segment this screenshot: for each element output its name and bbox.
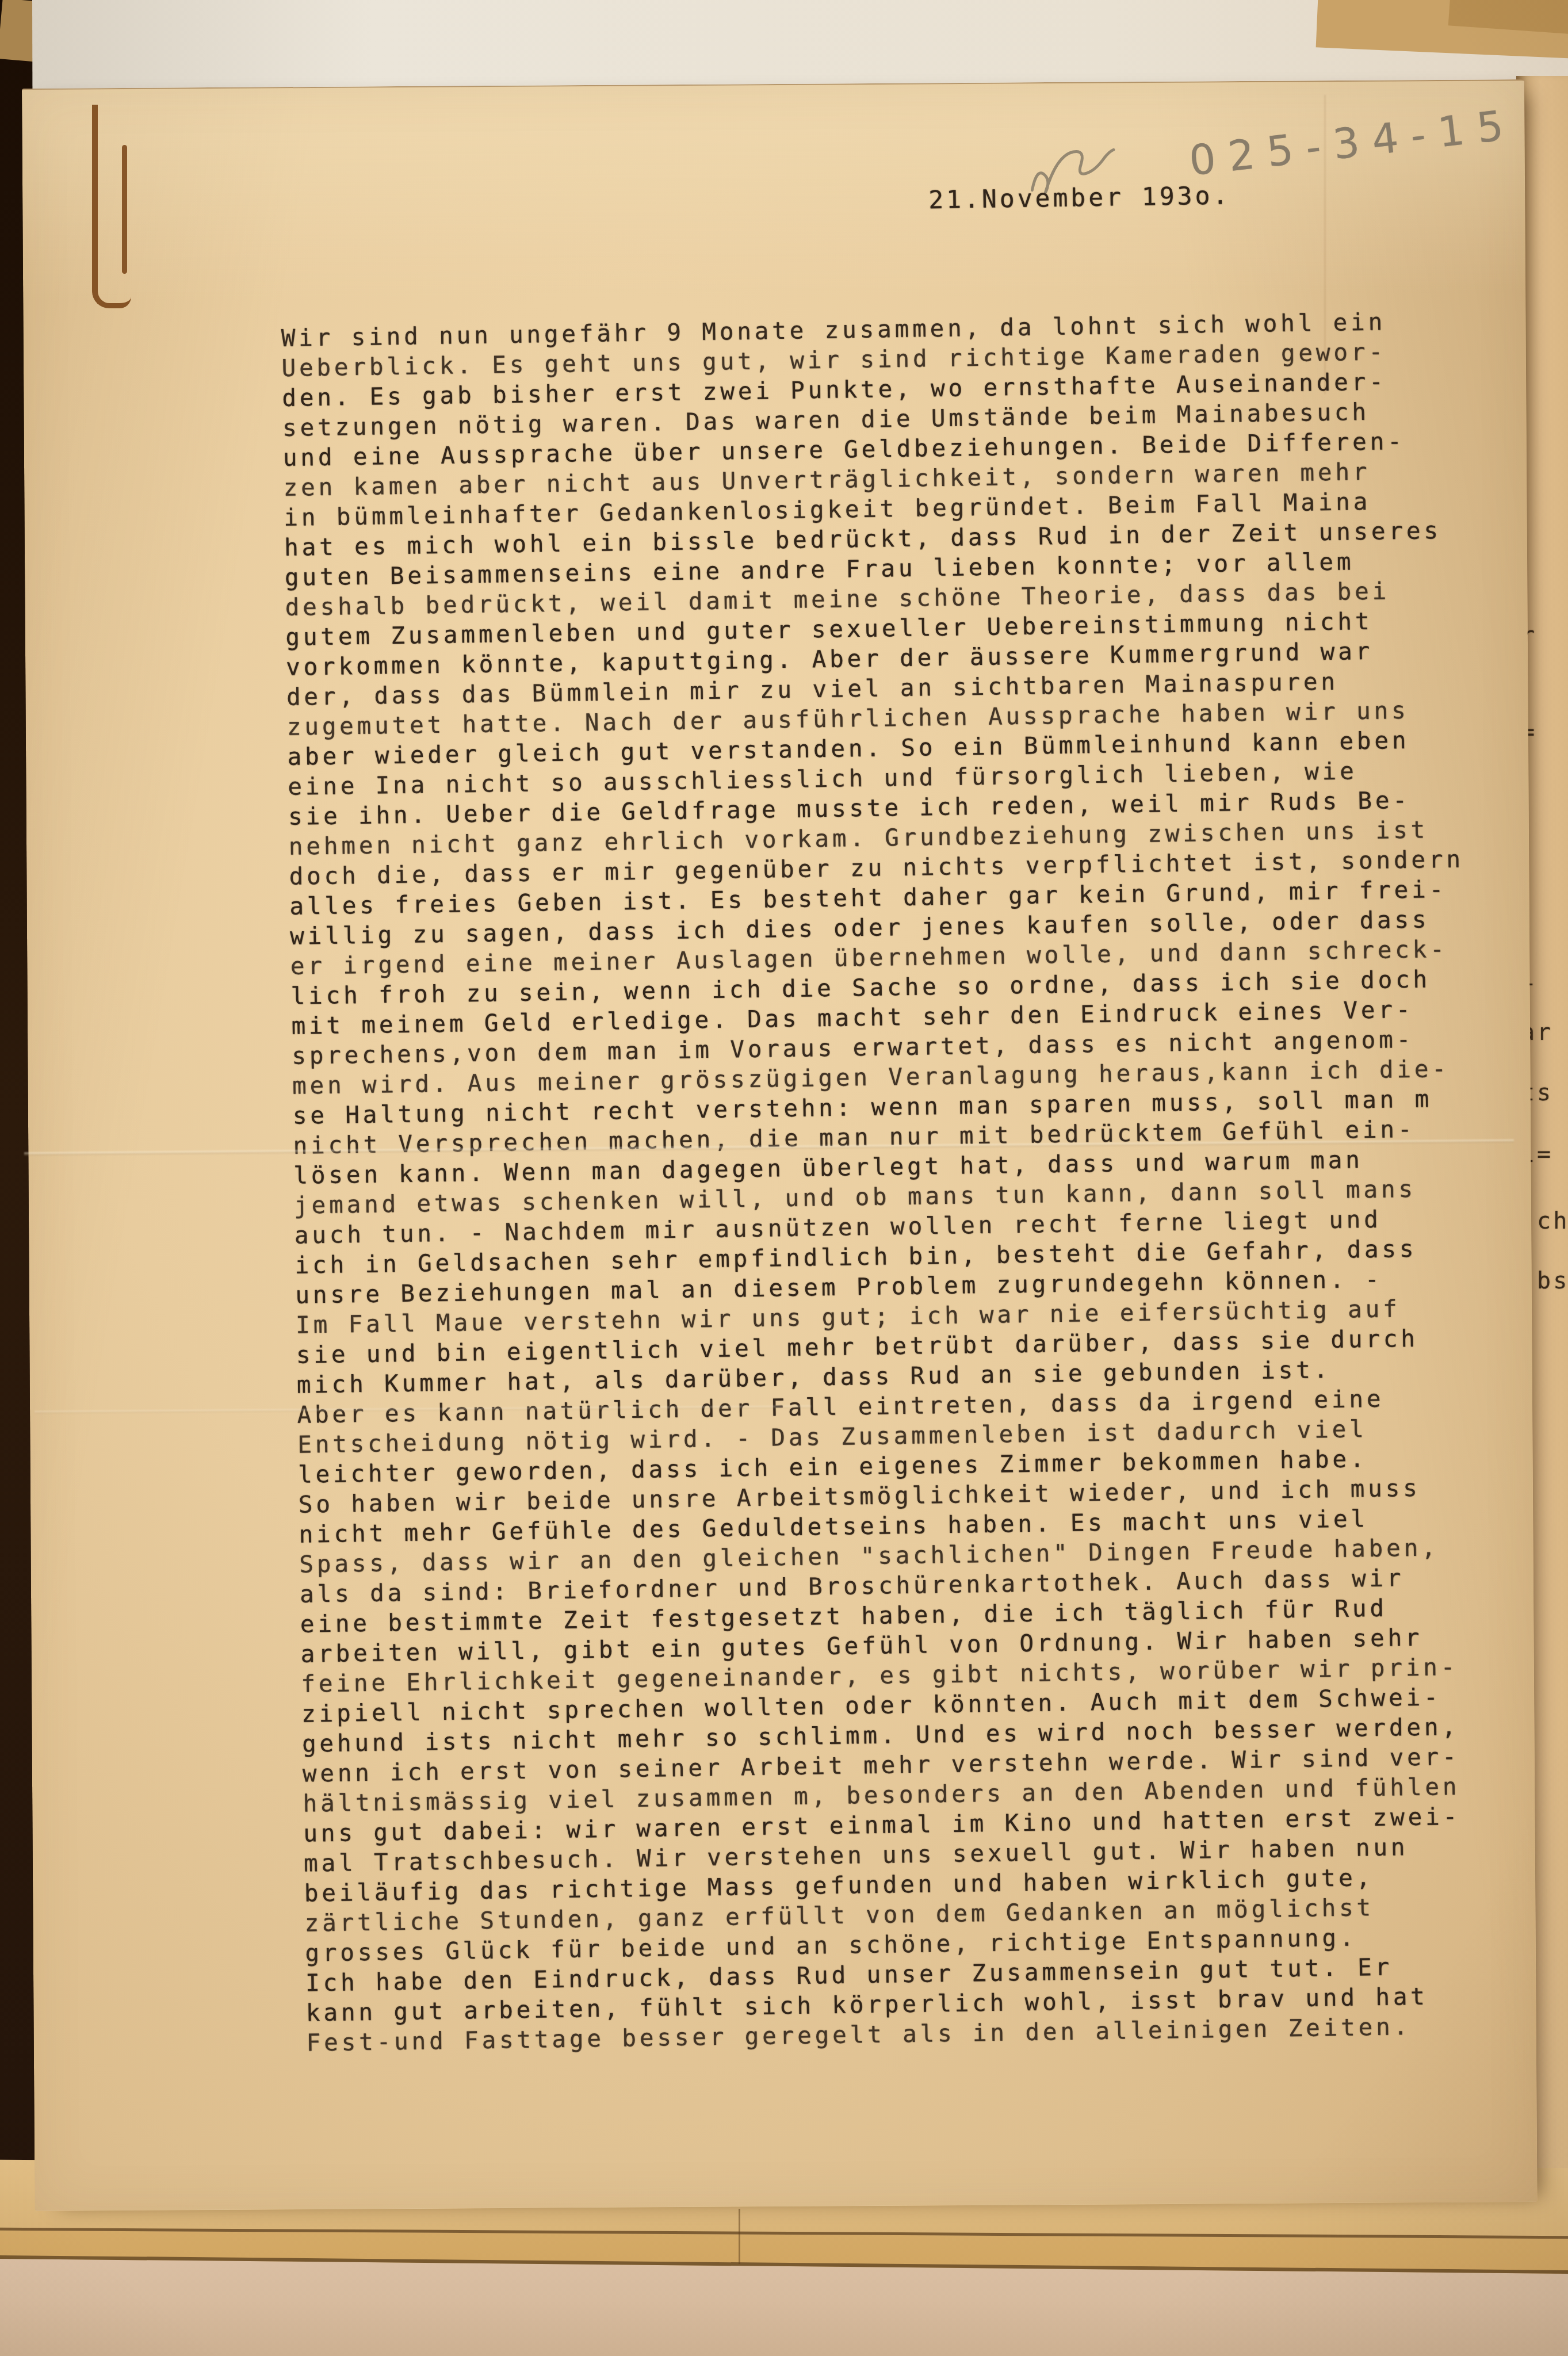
typed-body: Wir sind nun ungefähr 9 Monate zusammen,… — [281, 306, 1481, 2058]
letter-date: 21.November 193o. — [928, 181, 1231, 215]
page-stack-crease — [739, 2209, 740, 2264]
paperclip-rust-mark-right — [122, 145, 127, 274]
archive-photo: { "photo": { "pencil_squiggle": "2a", "p… — [0, 0, 1568, 2356]
paper-crease-vertical — [1324, 95, 1326, 394]
